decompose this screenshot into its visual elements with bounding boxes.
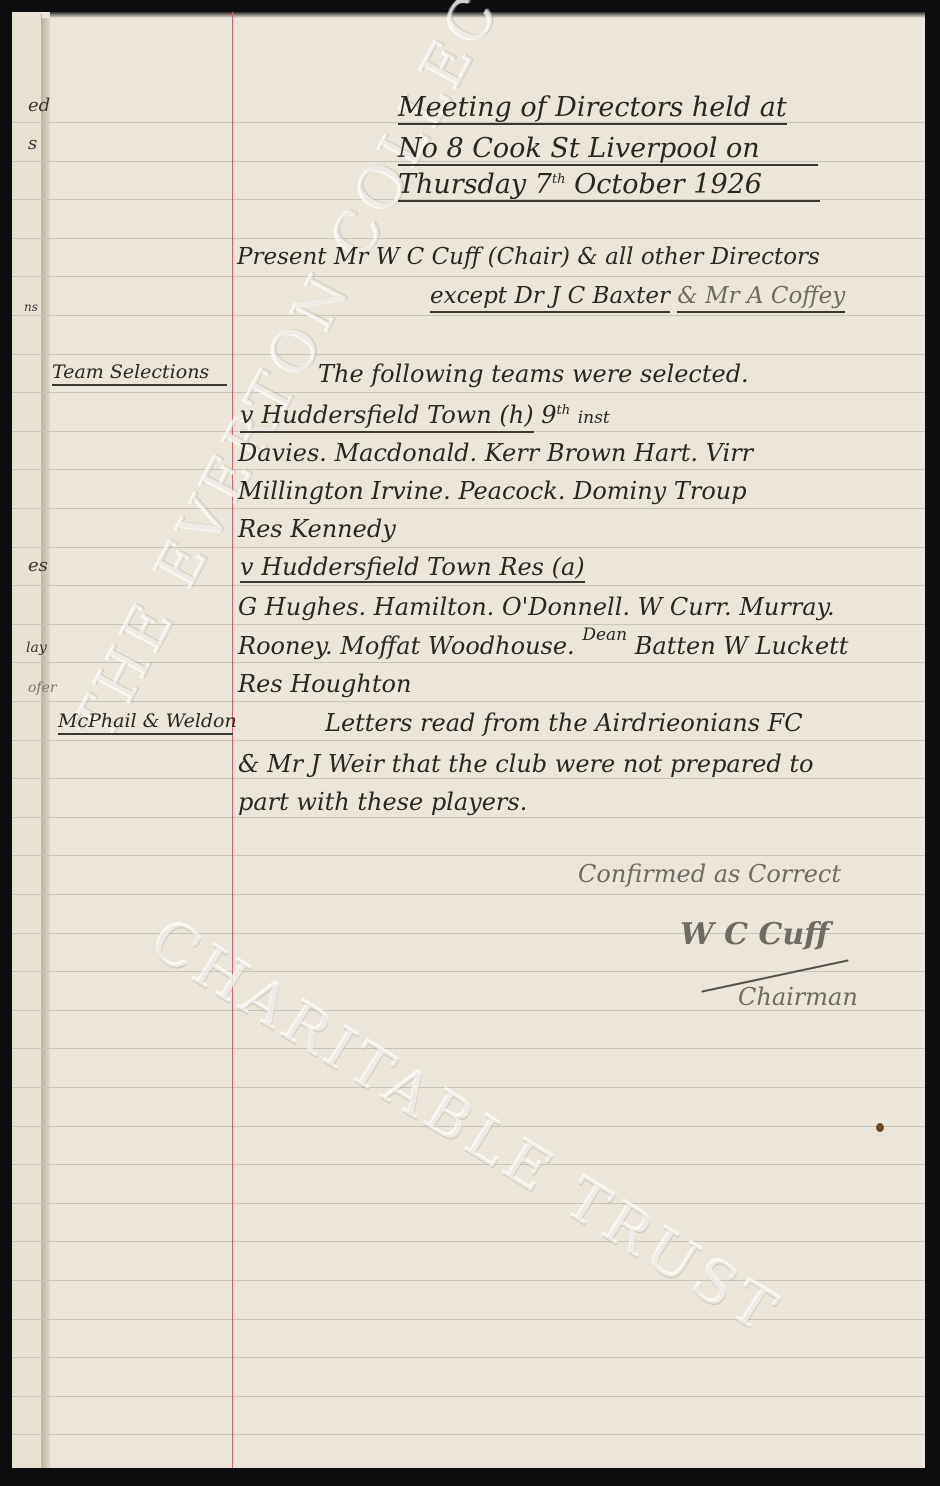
fixture-1-date: 9	[541, 401, 556, 429]
heading-line-3: Thursday 7th October 1926	[398, 171, 820, 202]
ruled-line	[12, 855, 925, 856]
ruled-line	[12, 469, 925, 470]
ruled-line	[12, 624, 925, 625]
facing-page-fragment: ofer	[28, 680, 57, 696]
fixture-2-opponent: v Huddersfield Town Res (a)	[240, 555, 585, 583]
team-2-line-2-a: Rooney. Moffat Woodhouse.	[238, 632, 575, 660]
ruled-line	[12, 1203, 925, 1204]
facing-page-fragment: es	[28, 555, 48, 576]
ruled-line	[12, 1241, 925, 1242]
ruled-line	[12, 1319, 925, 1320]
facing-page-fragment: ns	[24, 300, 38, 314]
facing-page-fragment: s	[28, 133, 37, 154]
attendance-present: Present Mr W C Cuff (Chair) & all other …	[237, 246, 820, 269]
team-2-line-2: Rooney. Moffat Woodhouse. Dean Batten W …	[238, 634, 848, 658]
ruled-line	[12, 740, 925, 741]
ruled-line	[12, 238, 925, 239]
red-margin-rule	[232, 12, 233, 1468]
absent-director: except Dr J C Baxter	[430, 283, 670, 313]
heading-line-2: No 8 Cook St Liverpool on	[398, 135, 818, 166]
fixture-1-date-suffix: th	[557, 403, 571, 418]
ruled-line	[12, 1434, 925, 1435]
ruled-line	[12, 547, 925, 548]
team-1-line-1: Davies. Macdonald. Kerr Brown Hart. Virr	[238, 441, 753, 465]
margin-heading-team-selections: Team Selections	[52, 363, 227, 386]
ruled-line	[12, 817, 925, 818]
selection-intro: The following teams were selected.	[318, 362, 749, 386]
ruled-line	[12, 701, 925, 702]
ruled-line	[12, 778, 925, 779]
inserted-name-dean: Dean	[582, 625, 627, 645]
meeting-month-year: October 1926	[574, 169, 762, 200]
ruled-line	[12, 508, 925, 509]
ruled-line	[12, 585, 925, 586]
confirmation-text: Confirmed as Correct	[578, 862, 841, 886]
letters-line-2: & Mr J Weir that the club were not prepa…	[238, 752, 814, 776]
ruled-line	[12, 1048, 925, 1049]
team-2-reserve: Res Houghton	[238, 672, 411, 696]
page-top-shadow	[50, 12, 925, 18]
ruled-line	[12, 1280, 925, 1281]
team-1-reserve: Res Kennedy	[238, 517, 396, 541]
team-2-line-2-b: Batten W Luckett	[635, 632, 849, 660]
ruled-line	[12, 354, 925, 355]
ruled-line	[12, 1164, 925, 1165]
ruled-line	[12, 1396, 925, 1397]
fixture-1: v Huddersfield Town (h) 9th inst	[240, 403, 610, 427]
date-suffix: th	[552, 172, 566, 187]
team-1-line-2: Millington Irvine. Peacock. Dominy Troup	[238, 479, 747, 503]
team-2-line-1: G Hughes. Hamilton. O'Donnell. W Curr. M…	[238, 595, 835, 619]
absent-director-added: & Mr A Coffey	[677, 283, 845, 313]
facing-page-fragment: lay	[26, 640, 47, 656]
ruled-line	[12, 1087, 925, 1088]
meeting-day: Thursday 7	[398, 169, 552, 200]
ruled-line	[12, 392, 925, 393]
fixture-1-inst: inst	[578, 408, 610, 428]
facing-page-fragment: ed	[28, 95, 50, 116]
letters-line-1: Letters read from the Airdrieonians FC	[325, 711, 803, 735]
ruled-line	[12, 315, 925, 316]
chairman-signature: W C Cuff	[680, 920, 829, 950]
ruled-line	[12, 894, 925, 895]
chairman-title: Chairman	[738, 985, 858, 1009]
ruled-line	[12, 1357, 925, 1358]
margin-heading-mcphail-weldon: McPhail & Weldon	[58, 712, 233, 735]
heading-line-1: Meeting of Directors held at	[398, 94, 787, 125]
attendance-except: except Dr J C Baxter & Mr A Coffey	[430, 285, 845, 308]
ruled-line	[12, 662, 925, 663]
ink-stain	[876, 1123, 884, 1132]
facing-page-edge	[12, 14, 42, 1468]
letters-line-3: part with these players.	[238, 790, 527, 814]
ruled-line	[12, 1126, 925, 1127]
ruled-line	[12, 276, 925, 277]
book-gutter	[41, 18, 50, 1468]
fixture-1-opponent: v Huddersfield Town (h)	[240, 401, 534, 433]
